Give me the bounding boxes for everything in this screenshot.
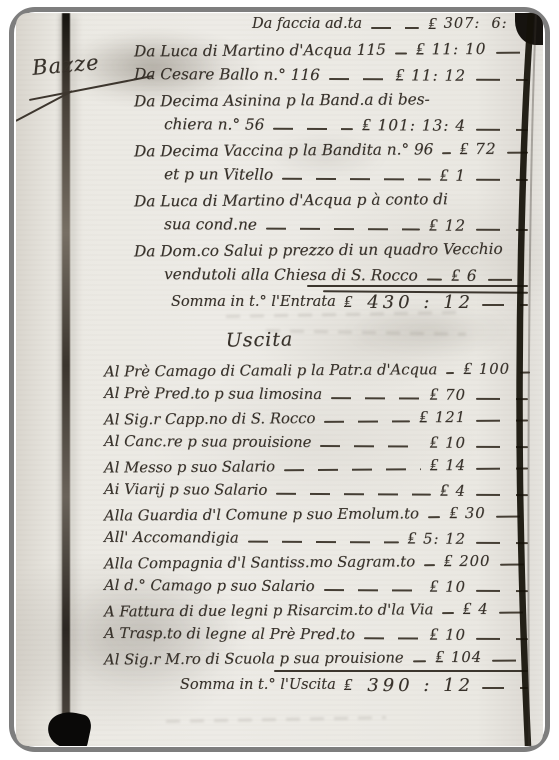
dash-filler xyxy=(427,278,443,280)
total-amount: 430 : 12 xyxy=(367,292,474,313)
page-edge-curve xyxy=(507,13,539,746)
ledger-row: chiera n.° 56 ₤ 101: 13: 4 xyxy=(134,111,528,138)
ledger-row: Al d.° Camago p suo Salario ₤ 10 xyxy=(104,573,528,599)
ledger-row: sua cond.ne ₤ 12 xyxy=(134,211,528,238)
ledger-row: Da Luca di Martino d'Acqua 115 ₤ 11: 10 xyxy=(134,36,528,64)
total-label: Somma in t.° l'Entrata xyxy=(171,294,336,310)
dash-filler xyxy=(324,589,421,592)
entry-text: Al d.° Camago p suo Salario xyxy=(104,576,315,594)
dash-filler xyxy=(371,27,419,29)
entry-text: A Trasp.to di legne al Prè Pred.to xyxy=(104,624,355,642)
dash-filler xyxy=(395,52,407,54)
entry-text: Al Prè Pred.to p sua limosina xyxy=(104,384,322,402)
entry-amount: 101: 13: 4 xyxy=(378,116,467,134)
uscita-section: Al Prè Camago di Camali p la Patr.a d'Ac… xyxy=(104,358,528,700)
scanned-ledger-page: Bazze Da faccia ad.ta ₤ 307: 6: 8 Da Luc… xyxy=(16,13,543,746)
lira-sign: ₤ xyxy=(419,407,428,427)
lira-sign: ₤ xyxy=(444,551,453,571)
dash-filler xyxy=(329,77,387,79)
entry-amount: 5: 12 xyxy=(423,530,466,547)
dash-filler xyxy=(428,516,440,518)
lira-sign: ₤ xyxy=(416,39,425,59)
entry-amount: 200 xyxy=(459,552,490,569)
entry-text: A Fattura di due legni p Risarcim.to d'l… xyxy=(104,601,434,620)
entry-amount: 104 xyxy=(451,648,482,665)
entry-text: chiera n.° 56 xyxy=(164,115,264,134)
ledger-row: Al Messo p suo Salario ₤ 14 xyxy=(104,453,528,480)
entry-text: Da Decima Vaccina p la Bandita n.° 96 xyxy=(134,140,434,160)
sum-rule xyxy=(274,670,528,672)
dash-filler xyxy=(284,468,421,471)
carryover-row: Da faccia ad.ta ₤ 307: 6: 8 xyxy=(252,13,529,35)
entry-text: Al Canc.re p sua prouisione xyxy=(104,432,311,450)
dash-filler xyxy=(248,541,399,544)
lira-sign: ₤ xyxy=(395,65,404,85)
lira-sign: ₤ xyxy=(463,359,472,379)
entry-text: Ai Viarij p suo Salario xyxy=(104,480,267,498)
entry-amount: 100 xyxy=(479,360,510,377)
lira-sign: ₤ xyxy=(430,577,439,597)
entry-text: Al Sig.r Capp.no di S. Rocco xyxy=(104,410,315,428)
entry-amount: 11: 10 xyxy=(431,39,486,57)
entry-text: Da Luca di Martino d'Acqua p à conto di xyxy=(134,190,448,210)
lira-sign: ₤ xyxy=(362,115,371,135)
dash-filler xyxy=(282,177,431,180)
entry-text: Al Prè Camago di Camali p la Patr.a d'Ac… xyxy=(104,361,437,380)
section-total-row: Somma in t.° l'Uscita ₤ 390 : 12 xyxy=(104,670,528,700)
entry-amount: 6 xyxy=(467,266,478,284)
lira-sign: ₤ xyxy=(429,215,438,235)
entry-text: vendutoli alla Chiesa di S. Rocco xyxy=(164,265,418,284)
dash-filler xyxy=(413,660,427,662)
ledger-row: et p un Vitello ₤ 1 xyxy=(134,161,528,188)
entry-text: Da Decima Asinina p la Band.a di bes- xyxy=(134,90,430,110)
lira-sign: ₤ xyxy=(344,675,353,695)
entry-amount: 11: 12 xyxy=(411,66,466,84)
binding-clamp-blob xyxy=(45,708,94,746)
entry-text: Alla Guardia d'l Comune p suo Emolum.to xyxy=(104,505,419,524)
entry-text: Da Cesare Ballo n.° 116 xyxy=(134,64,320,83)
ledger-row: All' Accomandigia ₤ 5: 12 xyxy=(104,525,528,551)
entry-amount: 121 xyxy=(435,408,466,425)
dash-filler xyxy=(273,127,353,129)
lira-sign: ₤ xyxy=(440,165,449,185)
lira-sign: ₤ xyxy=(449,503,458,523)
ledger-row: Al Prè Pred.to p sua limosina ₤ 70 xyxy=(104,381,528,407)
lira-sign: ₤ xyxy=(451,265,460,285)
entry-amount: 10 xyxy=(445,434,466,451)
ledger-row: Al Canc.re p sua prouisione ₤ 10 xyxy=(104,429,528,455)
entry-amount: 30 xyxy=(465,504,486,521)
ledger-row: Alla Guardia d'l Comune p suo Emolum.to … xyxy=(104,501,528,528)
entry-text: Al Messo p suo Salario xyxy=(104,458,275,476)
lira-sign: ₤ xyxy=(463,599,472,619)
carryover-label: Da faccia ad.ta xyxy=(252,16,362,32)
lira-sign: ₤ xyxy=(430,455,439,475)
entry-text: Da Dom.co Salui p prezzo di un quadro Ve… xyxy=(134,239,503,260)
total-label: Somma in t.° l'Uscita xyxy=(180,677,336,693)
ledger-row: vendutoli alla Chiesa di S. Rocco ₤ 6 xyxy=(134,261,528,288)
lira-sign: ₤ xyxy=(430,433,439,453)
dash-filler xyxy=(276,493,431,496)
ledger-row: Da Decima Asinina p la Band.a di bes- xyxy=(134,86,528,114)
ledger-row: Alla Compagnia d'l Santiss.mo Sagram.to … xyxy=(104,549,528,576)
lira-sign: ₤ xyxy=(430,385,439,405)
dash-filler xyxy=(331,397,421,399)
ledger-row: Da Cesare Ballo n.° 116 ₤ 11: 12 xyxy=(134,61,528,88)
ledger-row: Ai Viarij p suo Salario ₤ 4 xyxy=(104,477,528,503)
ledger-row: Da Luca di Martino d'Acqua p à conto di xyxy=(134,186,528,214)
lira-sign: ₤ xyxy=(408,528,417,548)
entry-amount: 14 xyxy=(445,456,466,473)
dash-filler xyxy=(424,564,435,566)
entrata-section: Da Luca di Martino d'Acqua 115 ₤ 11: 10 … xyxy=(134,37,528,317)
dash-filler xyxy=(324,420,410,423)
entry-amount: 70 xyxy=(445,386,466,403)
entry-amount: 10 xyxy=(445,578,466,595)
dash-filler xyxy=(442,612,453,614)
dash-filler xyxy=(442,152,450,154)
entry-amount: 4 xyxy=(478,600,489,617)
section-total-row: Somma in t.° l'Entrata ₤ 430 : 12 xyxy=(134,287,528,317)
total-amount: 390 : 12 xyxy=(367,675,474,696)
sum-rule xyxy=(307,285,528,287)
ledger-row: Al Prè Camago di Camali p la Patr.a d'Ac… xyxy=(104,357,528,384)
dash-filler xyxy=(364,637,421,639)
ledger-row: Al Sig.r Capp.no di S. Rocco ₤ 121 xyxy=(104,405,528,432)
lira-sign: ₤ xyxy=(440,481,449,501)
entry-amount: 1 xyxy=(455,166,466,184)
lira-sign: ₤ xyxy=(460,139,469,159)
ledger-row: Da Dom.co Salui p prezzo di un quadro Ve… xyxy=(134,236,528,264)
entry-text: Alla Compagnia d'l Santiss.mo Sagram.to xyxy=(104,553,415,572)
entry-amount: 72 xyxy=(475,139,497,157)
entry-amount: 10 xyxy=(445,626,466,643)
lira-sign: ₤ xyxy=(435,647,444,667)
ledger-row: A Fattura di due legni p Risarcim.to d'l… xyxy=(104,597,528,624)
entry-text: All' Accomandigia xyxy=(104,528,239,546)
ledger-row: A Trasp.to di legne al Prè Pred.to ₤ 10 xyxy=(104,621,528,647)
ledger-row: Al Sig.r M.ro di Scuola p sua prouisione… xyxy=(104,645,528,672)
manuscript-page: Bazze Da faccia ad.ta ₤ 307: 6: 8 Da Luc… xyxy=(0,0,559,760)
ink-bleed-through xyxy=(166,716,386,723)
lira-sign: ₤ xyxy=(428,14,437,34)
entry-text: et p un Vitello xyxy=(164,165,273,184)
entry-text: sua cond.ne xyxy=(164,215,257,233)
lira-sign: ₤ xyxy=(344,292,353,312)
dash-filler xyxy=(320,445,420,448)
entry-amount: 4 xyxy=(456,482,467,499)
lira-sign: ₤ xyxy=(430,625,439,645)
entry-amount: 12 xyxy=(444,216,466,234)
ledger-row: Da Decima Vaccina p la Bandita n.° 96 ₤ … xyxy=(134,136,528,164)
entry-text: Al Sig.r M.ro di Scuola p sua prouisione xyxy=(104,649,404,668)
dash-filler xyxy=(266,227,420,230)
dash-filler xyxy=(446,372,454,374)
entry-text: Da Luca di Martino d'Acqua 115 xyxy=(134,40,386,60)
